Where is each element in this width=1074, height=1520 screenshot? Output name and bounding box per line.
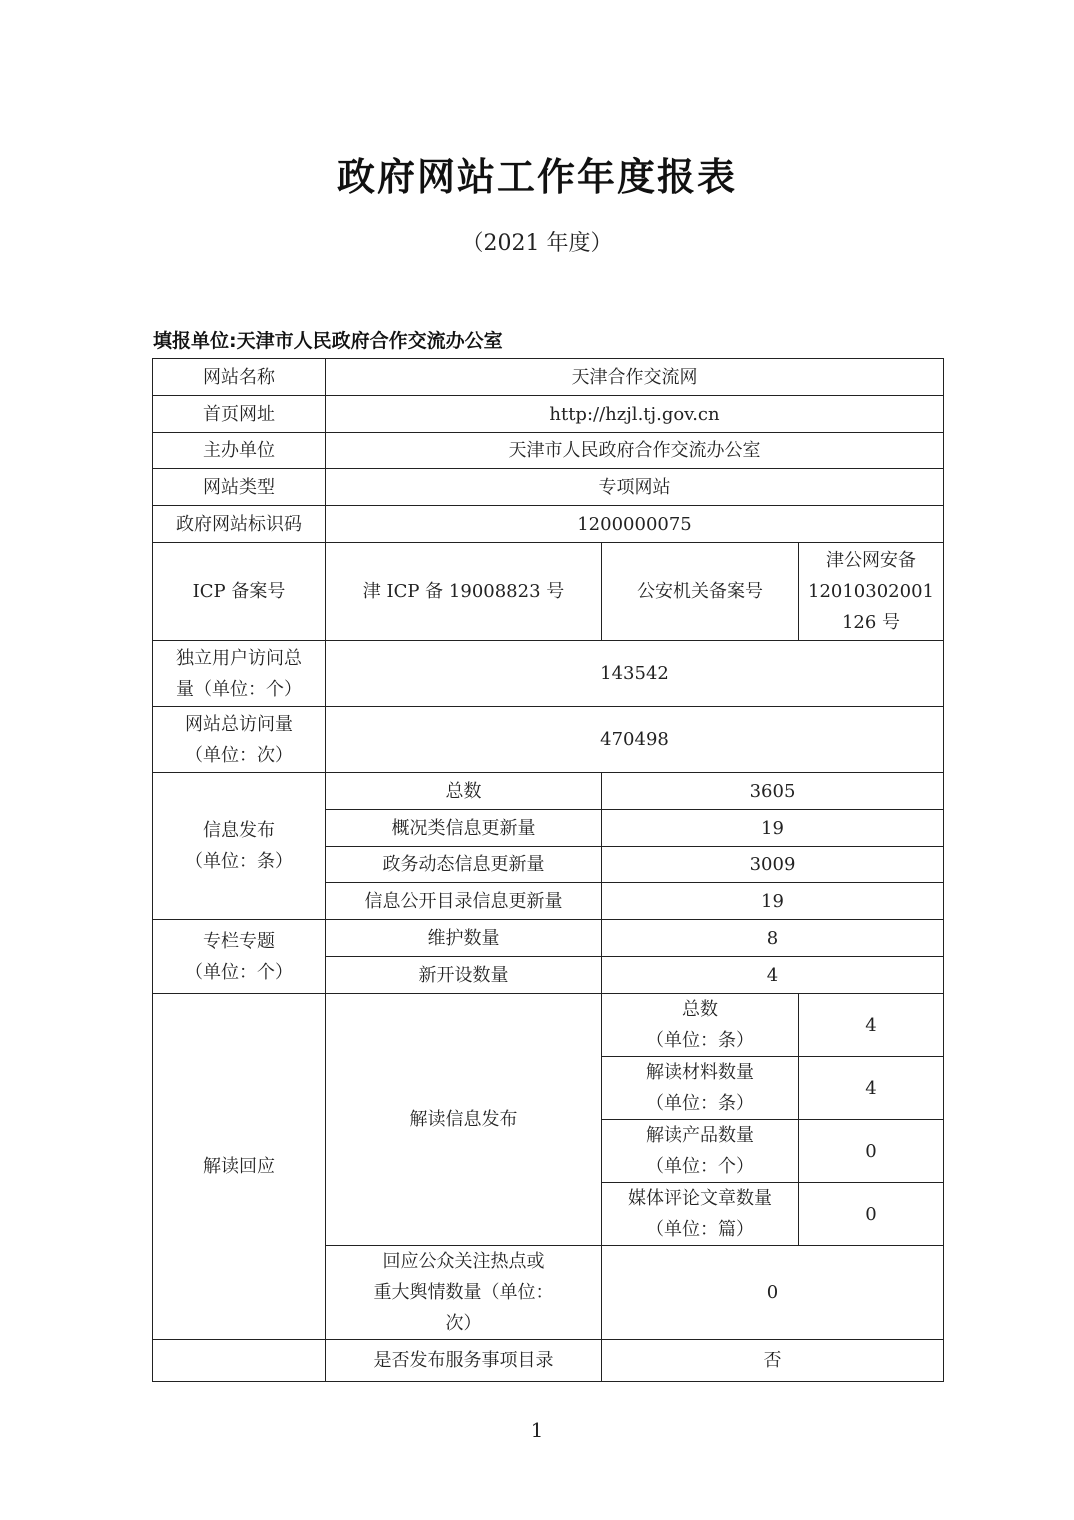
- label-line: 回应公众关注热点或: [330, 1246, 597, 1277]
- police-record-line: 津公网安备: [803, 545, 939, 576]
- table-row: 网站名称 天津合作交流网: [153, 359, 944, 396]
- icp-value: 津 ICP 备 19008823 号: [326, 543, 602, 641]
- filler-unit: 填报单位:天津市人民政府合作交流办公室: [153, 326, 503, 353]
- total-visits-label: 网站总访问量 （单位：次）: [153, 707, 326, 773]
- police-record-line: 126 号: [803, 607, 939, 638]
- sponsor-value: 天津市人民政府合作交流办公室: [326, 433, 944, 469]
- table-row: 网站类型 专项网站: [153, 469, 944, 506]
- label-line: （单位：个）: [157, 957, 321, 988]
- label-line: （单位：条）: [606, 1025, 794, 1056]
- report-table: 网站名称 天津合作交流网 首页网址 http://hzjl.tj.gov.cn …: [152, 358, 944, 1382]
- label-line: 量（单位：个）: [157, 674, 321, 705]
- service-catalog-label: 是否发布服务事项目录: [326, 1340, 602, 1382]
- site-type-label: 网站类型: [153, 469, 326, 506]
- label-line: 解读材料数量: [606, 1057, 794, 1088]
- info-total-value: 3605: [602, 773, 944, 810]
- site-type-value: 专项网站: [326, 469, 944, 506]
- empty-cell: [153, 1340, 326, 1382]
- label-line: 总数: [606, 994, 794, 1025]
- label-line: （单位：条）: [157, 846, 321, 877]
- sponsor-label: 主办单位: [153, 433, 326, 469]
- site-id-label: 政府网站标识码: [153, 506, 326, 543]
- table-row: 解读回应 解读信息发布 总数 （单位：条） 4: [153, 994, 944, 1057]
- unique-visitors-value: 143542: [326, 641, 944, 707]
- response-value: 0: [602, 1246, 944, 1340]
- police-record-label: 公安机关备案号: [602, 543, 799, 641]
- response-label: 回应公众关注热点或 重大舆情数量（单位： 次）: [326, 1246, 602, 1340]
- info-total-label: 总数: [326, 773, 602, 810]
- interp-material-label: 解读材料数量 （单位：条）: [602, 1057, 799, 1120]
- overview-update-label: 概况类信息更新量: [326, 810, 602, 847]
- table-row: 网站总访问量 （单位：次） 470498: [153, 707, 944, 773]
- label-line: 专栏专题: [157, 926, 321, 957]
- site-name-value: 天津合作交流网: [326, 359, 944, 396]
- interp-total-label: 总数 （单位：条）: [602, 994, 799, 1057]
- page-number: 1: [0, 1418, 1074, 1442]
- media-article-label: 媒体评论文章数量 （单位：篇）: [602, 1183, 799, 1246]
- label-line: （单位：次）: [157, 740, 321, 771]
- homepage-url-label: 首页网址: [153, 396, 326, 433]
- columns-maintained-label: 维护数量: [326, 920, 602, 957]
- label-line: 独立用户访问总: [157, 643, 321, 674]
- report-year: （2021 年度）: [0, 226, 1074, 257]
- disclosure-update-value: 19: [602, 883, 944, 920]
- homepage-url-value: http://hzjl.tj.gov.cn: [326, 396, 944, 433]
- gov-news-update-value: 3009: [602, 847, 944, 883]
- label-line: （单位：条）: [606, 1088, 794, 1119]
- total-visits-value: 470498: [326, 707, 944, 773]
- label-line: 网站总访问量: [157, 709, 321, 740]
- table-row: 独立用户访问总 量（单位：个） 143542: [153, 641, 944, 707]
- label-line: （单位：个）: [606, 1151, 794, 1182]
- table-row: 主办单位 天津市人民政府合作交流办公室: [153, 433, 944, 469]
- table-row: ICP 备案号 津 ICP 备 19008823 号 公安机关备案号 津公网安备…: [153, 543, 944, 641]
- info-publish-label: 信息发布 （单位：条）: [153, 773, 326, 920]
- gov-news-update-label: 政务动态信息更新量: [326, 847, 602, 883]
- interp-product-value: 0: [799, 1120, 944, 1183]
- label-line: 重大舆情数量（单位：: [330, 1277, 597, 1308]
- police-record-line: 12010302001: [803, 576, 939, 607]
- columns-maintained-value: 8: [602, 920, 944, 957]
- interpretation-label: 解读回应: [153, 994, 326, 1340]
- label-line: 解读产品数量: [606, 1120, 794, 1151]
- columns-new-label: 新开设数量: [326, 957, 602, 994]
- police-record-value: 津公网安备 12010302001 126 号: [799, 543, 944, 641]
- site-name-label: 网站名称: [153, 359, 326, 396]
- interp-material-value: 4: [799, 1057, 944, 1120]
- columns-new-value: 4: [602, 957, 944, 994]
- icp-label: ICP 备案号: [153, 543, 326, 641]
- disclosure-update-label: 信息公开目录信息更新量: [326, 883, 602, 920]
- label-line: 信息发布: [157, 815, 321, 846]
- interpretation-sub-label: 解读信息发布: [326, 994, 602, 1246]
- media-article-value: 0: [799, 1183, 944, 1246]
- interp-total-value: 4: [799, 994, 944, 1057]
- table-row: 首页网址 http://hzjl.tj.gov.cn: [153, 396, 944, 433]
- interp-product-label: 解读产品数量 （单位：个）: [602, 1120, 799, 1183]
- table-row: 专栏专题 （单位：个） 维护数量 8: [153, 920, 944, 957]
- label-line: 媒体评论文章数量: [606, 1183, 794, 1214]
- page-title: 政府网站工作年度报表: [0, 146, 1074, 201]
- service-catalog-value: 否: [602, 1340, 944, 1382]
- label-line: （单位：篇）: [606, 1214, 794, 1245]
- columns-label: 专栏专题 （单位：个）: [153, 920, 326, 994]
- table-row: 政府网站标识码 1200000075: [153, 506, 944, 543]
- site-id-value: 1200000075: [326, 506, 944, 543]
- label-line: 次）: [330, 1308, 597, 1339]
- table-row: 是否发布服务事项目录 否: [153, 1340, 944, 1382]
- table-row: 信息发布 （单位：条） 总数 3605: [153, 773, 944, 810]
- overview-update-value: 19: [602, 810, 944, 847]
- unique-visitors-label: 独立用户访问总 量（单位：个）: [153, 641, 326, 707]
